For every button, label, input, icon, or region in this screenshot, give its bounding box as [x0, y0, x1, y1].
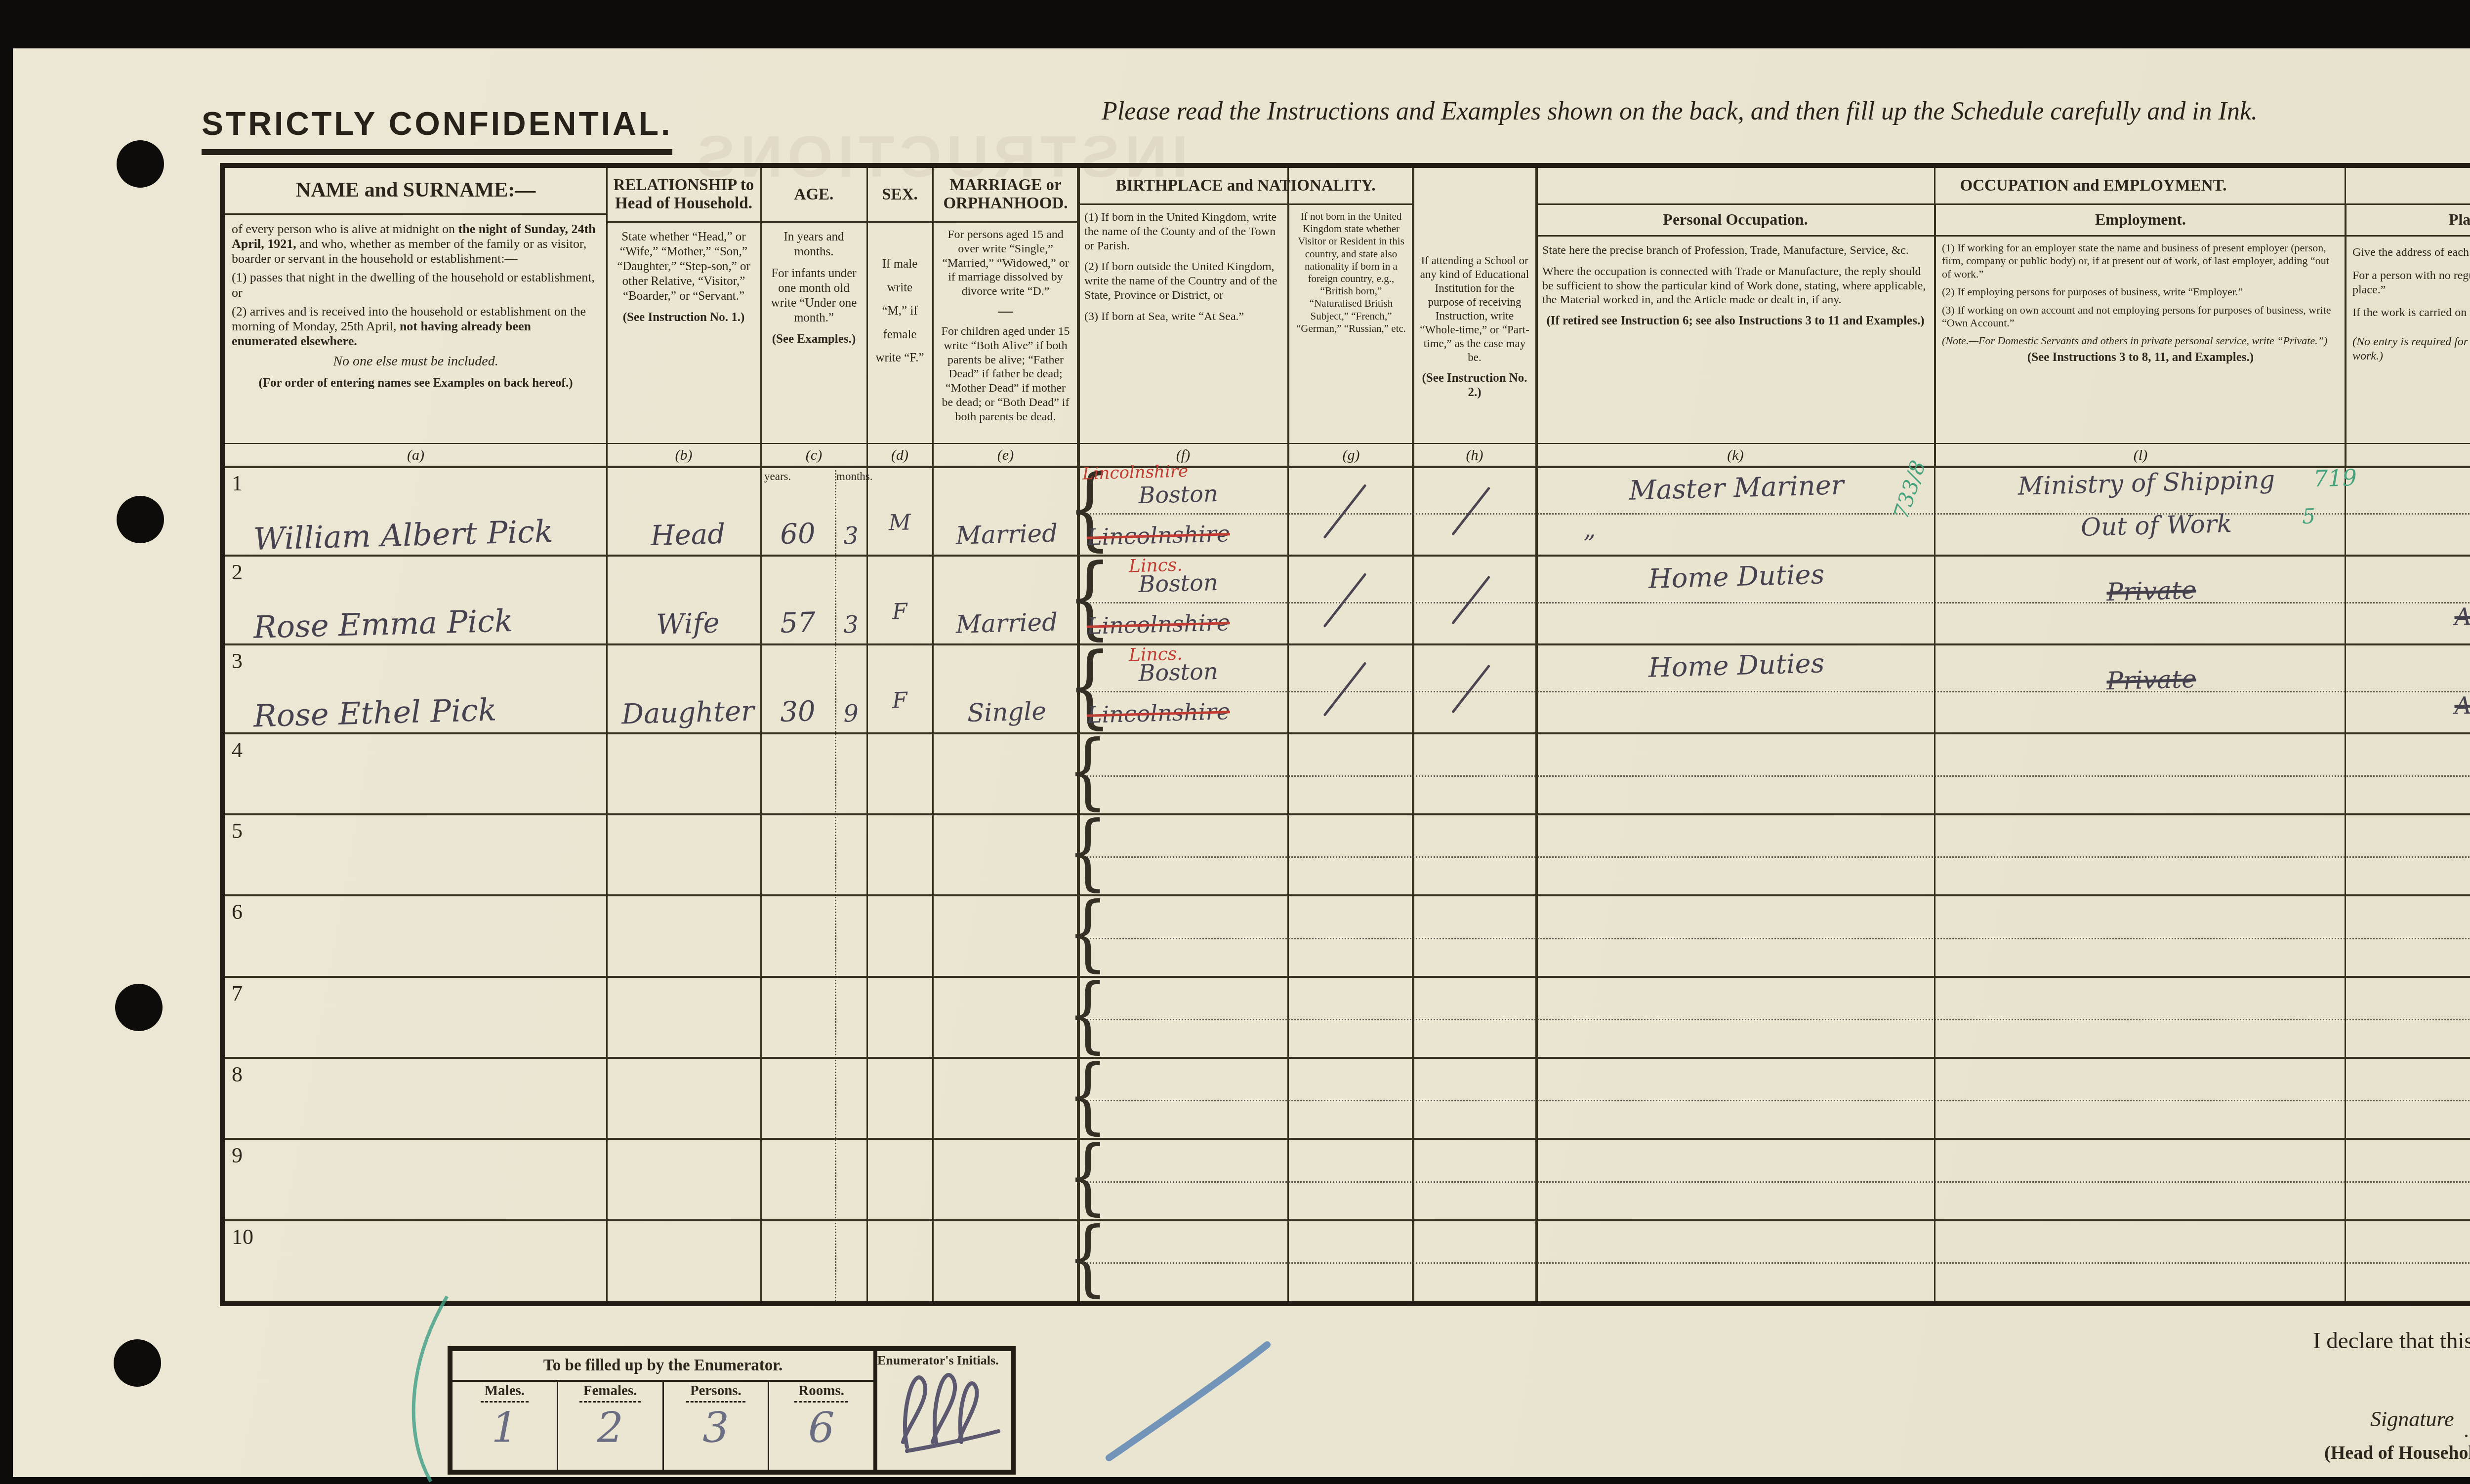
marriage-column-text: For persons aged 15 and over write “Sing…	[940, 228, 1071, 299]
relationship-column-title: RELATIONSHIP to Head of Household.	[607, 168, 761, 223]
row-number: 2	[232, 560, 243, 585]
punch-hole	[115, 984, 163, 1031]
column-letter-e: (e)	[933, 443, 1078, 467]
employment-struck-entry: Private	[2003, 662, 2300, 698]
personal-occupation-label: Personal Occupation.	[1536, 203, 1935, 237]
occupation-entry: Master Mariner	[1548, 467, 1924, 508]
occupation-group-header: OCCUPATION and EMPLOYMENT. Personal Occu…	[1536, 168, 2470, 467]
birthplace-county-red: Lincolnshire	[1082, 461, 1189, 484]
occupation-group-title: OCCUPATION and EMPLOYMENT.	[1536, 168, 2470, 205]
column-header-relationship: RELATIONSHIP to Head of Household. State…	[607, 168, 761, 467]
column-header-nationality: If not born in the United Kingdom state …	[1288, 203, 1413, 467]
nationality-tick-slash	[1323, 484, 1366, 539]
row-number: 1	[232, 471, 243, 496]
occupation-text1: State here the precise branch of Profess…	[1542, 243, 1929, 258]
relationship-column-text: State whether “Head,” or “Wife,” “Mother…	[614, 230, 754, 304]
column-letter-h: (h)	[1413, 443, 1536, 467]
persons-cell: Persons. 3	[664, 1382, 770, 1470]
marriage-entry: Single	[935, 696, 1078, 728]
enumerator-count-cells: Males. 1 Females. 2 Persons. 3 Rooms. 6	[453, 1382, 873, 1470]
signature-note: (Head of Household, Manager of Establish…	[2253, 1442, 2470, 1464]
column-rule	[866, 168, 868, 1301]
occupation-entry: Home Duties	[1548, 645, 1924, 686]
declaration-text: I declare that this Schedule is correctl…	[2253, 1327, 2470, 1354]
age-months-entry: 9	[834, 699, 867, 728]
column-header-occupation: Personal Occupation. State here the prec…	[1536, 203, 1935, 467]
relationship-entry: Wife	[615, 606, 761, 642]
age-years-entry: 60	[763, 517, 833, 551]
marriage-column-title: MARRIAGE or ORPHANHOOD.	[933, 168, 1078, 223]
column-header-sex: SEX. If male write “M,” if female write …	[867, 168, 933, 467]
birthplace-group-title: BIRTHPLACE and NATIONALITY.	[1078, 168, 1413, 205]
relationship-entry: Daughter	[615, 695, 761, 731]
sex-column-title: SEX.	[867, 168, 933, 223]
birthplace-struck-entry: Lincolnshire	[1086, 698, 1230, 728]
row-guide-dotted	[1078, 938, 2470, 939]
sex-column-text: If male write “M,” if female write “F.”	[874, 252, 926, 370]
age-months-entry: 3	[834, 521, 867, 550]
rooms-value: 6	[769, 1404, 873, 1452]
out-of-work-entry: Out of Work	[1983, 507, 2329, 544]
females-cell: Females. 2	[558, 1382, 664, 1470]
age-column-note2: (See Examples.)	[768, 332, 860, 347]
fill-in-ink-instruction: Please read the Instructions and Example…	[1102, 97, 2435, 126]
employment-struck-entry: Private	[2003, 573, 2300, 609]
birthplace-brace: {	[1068, 1211, 1108, 1306]
row-rule	[225, 894, 2470, 896]
column-letter-a: (a)	[225, 443, 607, 467]
divider-dash: —	[940, 303, 1071, 320]
row-rule	[225, 732, 2470, 734]
birthplace-town-entry: Boston	[1109, 657, 1247, 687]
row-number: 8	[232, 1062, 243, 1087]
name-column-note: No one else must be included.	[232, 354, 600, 369]
place-of-work-text3: If the work is carried on mainly at home…	[2352, 306, 2470, 320]
females-label: Females.	[579, 1383, 641, 1403]
birthplace-group-header: BIRTHPLACE and NATIONALITY. (1) If born …	[1078, 168, 1413, 467]
name-entry: Rose Ethel Pick	[253, 692, 497, 734]
signature-label: Signature	[2370, 1406, 2454, 1432]
employment-note2: (See Instructions 3 to 8, 11, and Exampl…	[1942, 351, 2339, 365]
employment-item3: (3) If working on own account and not em…	[1942, 304, 2339, 330]
birthplace-text2: (2) If born outside the United Kingdom, …	[1084, 260, 1282, 302]
persons-value: 3	[664, 1404, 768, 1452]
education-tick-slash	[1451, 575, 1490, 625]
column-header-place-of-work: Place of Work. Give the address of each …	[2345, 203, 2470, 467]
education-note: (See Instruction No. 2.)	[1420, 371, 1529, 400]
birthplace-town-entry: Boston	[1109, 479, 1247, 509]
row-guide-dotted	[1078, 775, 2470, 777]
column-header-marriage: MARRIAGE or ORPHANHOOD. For persons aged…	[933, 168, 1078, 467]
birthplace-town-entry: Boston	[1109, 568, 1247, 598]
row-guide-dotted	[1078, 1181, 2470, 1183]
punch-hole	[117, 496, 164, 543]
column-letter-d: (d)	[867, 443, 933, 467]
enumerator-summary-box: To be filled up by the Enumerator. Males…	[448, 1346, 1016, 1475]
employment-item2: (2) If employing persons for purposes of…	[1942, 285, 2339, 298]
enumerator-initials-label: Enumerator's Initials.	[877, 1353, 1011, 1368]
nationality-tick-slash	[1323, 573, 1366, 628]
column-header-birthplace: (1) If born in the United Kingdom, write…	[1078, 203, 1288, 467]
name-entry: Rose Emma Pick	[253, 602, 513, 645]
census-table: NAME and SURNAME:— of every person who i…	[220, 163, 2470, 1306]
name-column-item1: (1) passes that night in the dwelling of…	[232, 270, 600, 300]
column-header-employment: Employment. (1) If working for an employ…	[1935, 203, 2345, 467]
column-letter-b: (b)	[607, 443, 761, 467]
education-tick-slash	[1451, 664, 1490, 714]
column-rule	[606, 168, 608, 1301]
age-column-text: In years and months.	[768, 230, 860, 259]
name-column-item2: (2) arrives and is received into the hou…	[232, 304, 600, 349]
place-of-work-text2: For a person with no regular place of wo…	[2352, 269, 2470, 297]
age-years-entry: 30	[763, 695, 833, 729]
punch-hole	[114, 1339, 161, 1387]
column-header-education: If attending a School or any kind of Edu…	[1413, 168, 1536, 467]
marriage-entry: Married	[935, 607, 1078, 640]
scanned-census-schedule: { "page": { "title": "STRICTLY CONFIDENT…	[0, 0, 2470, 1484]
employment-code-green: 719	[2313, 464, 2357, 492]
enumerator-box-title: To be filled up by the Enumerator.	[453, 1351, 873, 1382]
place-of-work-label: Place of Work.	[2346, 203, 2470, 237]
row-rule	[225, 1057, 2470, 1059]
employment-code2-green: 5	[2302, 504, 2315, 528]
place-of-work-note: (No entry is required for any person who…	[2352, 335, 2470, 363]
education-text: If attending a School or any kind of Edu…	[1420, 254, 1529, 364]
column-letter-g: (g)	[1289, 443, 1413, 467]
persons-label: Persons.	[686, 1383, 745, 1403]
years-sublabel: years.	[764, 470, 791, 483]
page-title: STRICTLY CONFIDENTIAL.	[202, 105, 672, 155]
name-entry: William Albert Pick	[253, 513, 553, 557]
males-cell: Males. 1	[453, 1382, 558, 1470]
occupation-note: (If retired see Instruction 6; see also …	[1542, 314, 1929, 328]
employer-entry: Ministry of Shipping	[1943, 463, 2349, 502]
row-number: 9	[232, 1143, 243, 1168]
age-column-title: AGE.	[761, 168, 867, 223]
row-rule	[225, 813, 2470, 815]
age-years-entry: 57	[763, 606, 833, 640]
age-column-note: For infants under one month old write “U…	[768, 266, 860, 325]
place-of-work-struck-entry: At Home	[2388, 599, 2470, 633]
enumerator-initials-cell: Enumerator's Initials.	[873, 1351, 1011, 1470]
rooms-label: Rooms.	[794, 1383, 848, 1403]
males-value: 1	[453, 1404, 557, 1452]
months-sublabel: months.	[836, 470, 872, 483]
row-number: 7	[232, 981, 243, 1006]
column-rule	[932, 168, 934, 1301]
place-of-work-struck-entry: At Home	[2388, 687, 2470, 722]
sex-entry: F	[866, 598, 933, 625]
column-letter-m: (m)	[2346, 443, 2470, 467]
row-rule	[225, 555, 2470, 557]
row-number: 5	[232, 818, 243, 843]
employment-label: Employment.	[1936, 203, 2345, 237]
row-rule	[225, 976, 2470, 978]
row-guide-dotted	[1078, 856, 2470, 858]
column-rule	[1287, 168, 1289, 1301]
column-rule	[2345, 168, 2346, 1301]
birthplace-text3: (3) If born at Sea, write “At Sea.”	[1084, 310, 1282, 324]
column-letter-l: (l)	[1936, 443, 2345, 467]
occupation-text2: Where the occupation is connected with T…	[1542, 265, 1929, 307]
column-rule	[760, 168, 762, 1301]
column-rule	[1535, 168, 1538, 1301]
row-guide-dotted	[1078, 1262, 2470, 1264]
row-guide-dotted	[1078, 1019, 2470, 1020]
name-column-note2: (For order of entering names see Example…	[232, 376, 600, 391]
age-months-entry: 3	[834, 610, 867, 639]
column-header-name: NAME and SURNAME:— of every person who i…	[225, 168, 607, 467]
occupation-entry: Home Duties	[1548, 556, 1924, 597]
column-letter-k: (k)	[1536, 443, 1935, 467]
nationality-tick-slash	[1323, 662, 1366, 717]
rooms-cell: Rooms. 6	[769, 1382, 873, 1470]
row-number: 4	[232, 737, 243, 762]
column-header-age: AGE. In years and months. For infants un…	[761, 168, 867, 467]
education-tick-slash	[1451, 486, 1490, 536]
row-rule	[225, 1138, 2470, 1140]
enumerator-initials-scribble	[877, 1368, 1011, 1454]
name-column-text: of every person who is alive at midnight…	[232, 222, 600, 266]
signature-line	[2465, 1435, 2470, 1437]
sex-entry: M	[866, 509, 933, 536]
punch-hole	[117, 140, 164, 188]
years-months-divider	[835, 467, 836, 1301]
relationship-entry: Head	[615, 517, 761, 553]
row-number: 6	[232, 899, 243, 924]
nationality-text: If not born in the United Kingdom state …	[1295, 210, 1407, 335]
row-rule	[225, 643, 2470, 645]
employment-item1: (1) If working for an employer state the…	[1942, 241, 2339, 281]
marriage-entry: Married	[935, 518, 1078, 551]
column-rule	[1412, 168, 1414, 1301]
row-guide-dotted	[1078, 1100, 2470, 1101]
females-value: 2	[558, 1404, 662, 1452]
text: of every person who is alive at midnight…	[232, 222, 458, 236]
sex-entry: F	[866, 687, 933, 714]
row-number: 3	[232, 648, 243, 674]
marriage-column-text2: For children aged under 15 write “Both A…	[940, 324, 1071, 424]
birthplace-text1: (1) If born in the United Kingdom, write…	[1084, 210, 1282, 253]
row-number: 10	[232, 1224, 253, 1249]
males-label: Males.	[481, 1383, 529, 1403]
row-rule	[225, 1219, 2470, 1221]
header-bottom-rule	[225, 466, 2470, 468]
place-of-work-text1: Give the address of each person's place …	[2352, 245, 2470, 260]
employment-note: (Note.—For Domestic Servants and others …	[1942, 334, 2339, 347]
column-letter-c: (c)	[761, 443, 867, 467]
name-column-title: NAME and SURNAME:—	[225, 168, 607, 215]
occupation-ditto-mark: „	[1583, 516, 1596, 544]
column-rule	[1934, 168, 1935, 1301]
relationship-column-note: (See Instruction No. 1.)	[614, 311, 754, 325]
